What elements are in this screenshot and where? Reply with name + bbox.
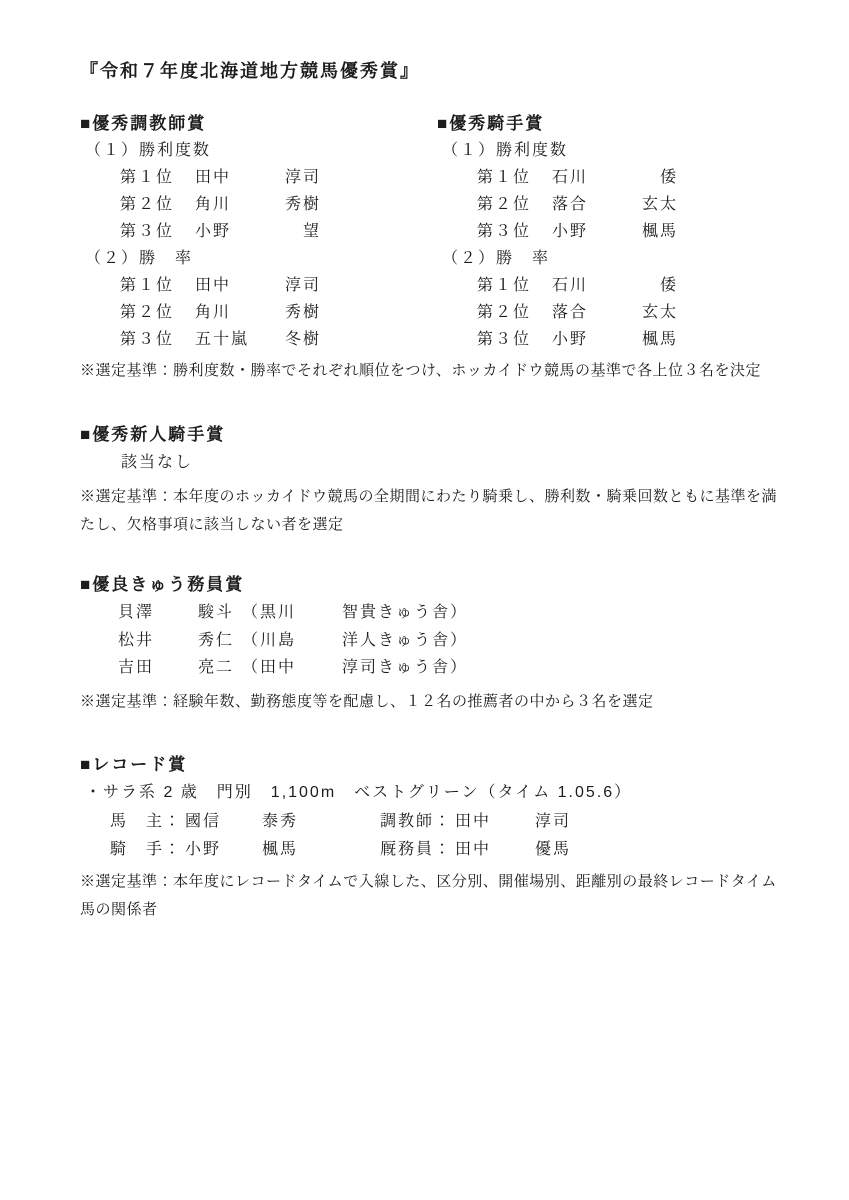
rank-row: 第２位落合玄太 <box>437 299 678 326</box>
role-label: 馬 主： <box>110 808 185 836</box>
note-line: ※選定基準：経験年数、勤務態度等を配慮し、１２名の推薦者の中から３名を選定 <box>80 688 800 716</box>
rank-row: 第３位五十嵐冬樹 <box>80 326 321 353</box>
person-surname: 松井 <box>118 627 198 655</box>
rank-row: 第１位田中淳司 <box>80 164 321 191</box>
person-surname: 田中 <box>455 836 535 864</box>
person-givenname: 優馬 <box>535 841 571 858</box>
rank-row: 第３位小野楓馬 <box>437 326 678 353</box>
record-people-row: 馬 主：國信泰秀調教師：田中淳司 <box>110 808 571 836</box>
person-givenname: 倭 <box>660 164 678 191</box>
groom-criteria-note: ※選定基準：経験年数、勤務態度等を配慮し、１２名の推薦者の中から３名を選定 <box>80 688 800 716</box>
rank-label: 第１位 <box>120 272 195 299</box>
trainer-award-heading: ■優秀調教師賞 <box>80 110 321 137</box>
person-givenname: 駿斗 <box>198 599 242 627</box>
rookie-criteria-note: ※選定基準：本年度のホッカイドウ競馬の全期間にわたり騎乗し、勝利数・騎乗回数とも… <box>80 483 800 539</box>
category-label: （１）勝利度数 <box>437 137 678 164</box>
document-page: 『令和７年度北海道地方競馬優秀賞』 ■優秀調教師賞 （１）勝利度数 第１位田中淳… <box>0 0 849 1200</box>
person-surname: 田中 <box>195 272 231 299</box>
stable-surname: （黒川 <box>242 599 342 627</box>
rank-label: 第１位 <box>477 272 552 299</box>
rank-label: 第３位 <box>120 218 195 245</box>
note-line: ※選定基準：勝利度数・勝率でそれぞれ順位をつけ、ホッカイドウ競馬の基準で各上位３… <box>80 357 800 385</box>
person-surname: 小野 <box>552 218 588 245</box>
selection-criteria-note: ※選定基準：勝利度数・勝率でそれぞれ順位をつけ、ホッカイドウ競馬の基準で各上位３… <box>80 357 800 385</box>
recipient-row: 貝澤駿斗（黒川智貴きゅう舎） <box>80 599 468 627</box>
person-surname: 吉田 <box>118 654 198 682</box>
rank-row: 第１位石川倭 <box>437 272 678 299</box>
role-label: 調教師： <box>380 808 455 836</box>
person-givenname: 淳司 <box>285 164 321 191</box>
person-surname: 五十嵐 <box>195 326 249 353</box>
person-surname: 小野 <box>195 218 231 245</box>
record-award-people: 馬 主：國信泰秀調教師：田中淳司 騎 手：小野楓馬厩務員：田中優馬 <box>110 808 571 863</box>
note-line: ※選定基準：本年度にレコードタイムで入線した、区分別、開催場別、距離別の最終レコ… <box>80 868 800 896</box>
person-givenname: 淳司 <box>535 813 571 830</box>
person-surname: 田中 <box>195 164 231 191</box>
person-givenname: 秀仁 <box>198 627 242 655</box>
person-givenname: 倭 <box>660 272 678 299</box>
record-people-row: 騎 手：小野楓馬厩務員：田中優馬 <box>110 836 571 864</box>
rank-label: 第１位 <box>120 164 195 191</box>
person-givenname: 楓馬 <box>642 218 678 245</box>
person-surname: 石川 <box>552 164 588 191</box>
groom-award-recipients: 貝澤駿斗（黒川智貴きゅう舎） 松井秀仁（川島洋人きゅう舎） 吉田亮二（田中淳司き… <box>80 599 468 682</box>
person-surname: 國信 <box>185 808 262 836</box>
rank-row: 第３位小野楓馬 <box>437 218 678 245</box>
recipient-row: 松井秀仁（川島洋人きゅう舎） <box>80 627 468 655</box>
person-surname: 石川 <box>552 272 588 299</box>
person-givenname: 楓馬 <box>262 841 298 858</box>
category-label: （２）勝 率 <box>437 245 678 272</box>
stable-surname: （川島 <box>242 627 342 655</box>
person-surname: 小野 <box>552 326 588 353</box>
jockey-award-section: ■優秀騎手賞 （１）勝利度数 第１位石川倭 第２位落合玄太 第３位小野楓馬 （２… <box>437 110 678 353</box>
person-givenname: 秀樹 <box>285 299 321 326</box>
stable-givenname: 智貴きゅう舎） <box>342 604 468 621</box>
record-criteria-note: ※選定基準：本年度にレコードタイムで入線した、区分別、開催場別、距離別の最終レコ… <box>80 868 800 924</box>
note-line: ※選定基準：本年度のホッカイドウ競馬の全期間にわたり騎乗し、勝利数・騎乗回数とも… <box>80 483 800 511</box>
stable-givenname: 洋人きゅう舎） <box>342 632 468 649</box>
note-line: たし、欠格事項に該当しない者を選定 <box>80 511 800 539</box>
record-race-line: ・サラ系 2 歳 門別 1,100m ベストグリーン（タイム 1.05.6） <box>85 779 632 806</box>
rank-row: 第２位角川秀樹 <box>80 299 321 326</box>
recipient-row: 吉田亮二（田中淳司きゅう舎） <box>80 654 468 682</box>
category-label: （２）勝 率 <box>80 245 321 272</box>
page-title: 『令和７年度北海道地方競馬優秀賞』 <box>80 58 420 85</box>
groom-award-heading: ■優良きゅう務員賞 <box>80 571 244 598</box>
rank-label: 第１位 <box>477 164 552 191</box>
rank-row: 第１位石川倭 <box>437 164 678 191</box>
rank-row: 第２位落合玄太 <box>437 191 678 218</box>
rookie-award-heading: ■優秀新人騎手賞 <box>80 421 225 448</box>
rank-label: 第２位 <box>120 299 195 326</box>
record-award-heading: ■レコード賞 <box>80 751 187 778</box>
rank-label: 第３位 <box>120 326 195 353</box>
person-givenname: 玄太 <box>642 299 678 326</box>
person-surname: 角川 <box>195 299 231 326</box>
person-surname: 落合 <box>552 299 588 326</box>
person-givenname: 秀樹 <box>285 191 321 218</box>
person-givenname: 淳司 <box>285 272 321 299</box>
person-givenname: 亮二 <box>198 654 242 682</box>
trainer-award-section: ■優秀調教師賞 （１）勝利度数 第１位田中淳司 第２位角川秀樹 第３位小野望 （… <box>80 110 321 353</box>
person-givenname: 泰秀 <box>262 813 298 830</box>
rank-row: 第２位角川秀樹 <box>80 191 321 218</box>
category-label: （１）勝利度数 <box>80 137 321 164</box>
jockey-award-heading: ■優秀騎手賞 <box>437 110 678 137</box>
role-label: 騎 手： <box>110 836 185 864</box>
person-givenname: 楓馬 <box>642 326 678 353</box>
rookie-award-result: 該当なし <box>121 449 193 476</box>
rank-row: 第３位小野望 <box>80 218 321 245</box>
stable-givenname: 淳司きゅう舎） <box>342 659 468 676</box>
rank-label: 第３位 <box>477 218 552 245</box>
rank-row: 第１位田中淳司 <box>80 272 321 299</box>
role-label: 厩務員： <box>380 836 455 864</box>
person-givenname: 冬樹 <box>285 326 321 353</box>
person-surname: 落合 <box>552 191 588 218</box>
rank-label: 第２位 <box>477 299 552 326</box>
person-givenname: 玄太 <box>642 191 678 218</box>
rank-label: 第３位 <box>477 326 552 353</box>
person-surname: 貝澤 <box>118 599 198 627</box>
person-surname: 角川 <box>195 191 231 218</box>
person-givenname: 望 <box>303 218 321 245</box>
person-surname: 小野 <box>185 836 262 864</box>
rank-label: 第２位 <box>120 191 195 218</box>
rank-label: 第２位 <box>477 191 552 218</box>
person-surname: 田中 <box>455 808 535 836</box>
note-line: 馬の関係者 <box>80 896 800 924</box>
stable-surname: （田中 <box>242 654 342 682</box>
